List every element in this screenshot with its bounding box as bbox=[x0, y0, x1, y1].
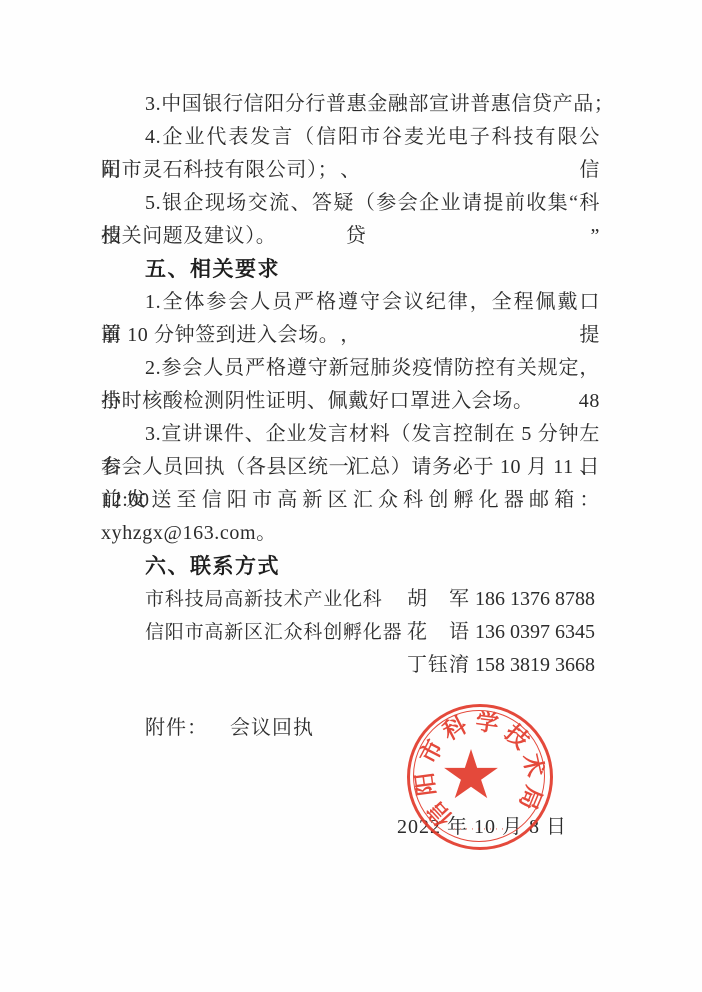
contact-org: 市科技局高新技术产业化科 bbox=[145, 583, 407, 616]
seal-serial-marks: ········· bbox=[440, 824, 520, 834]
seal-char: 局 bbox=[514, 782, 545, 813]
email-address: xyhzgx@163.com。 bbox=[101, 517, 600, 550]
contact-row: 市科技局高新技术产业化科 胡 军 186 1376 8788 bbox=[145, 583, 600, 616]
contact-row: 信阳市高新区汇众科创孵化器 花 语 136 0397 6345 bbox=[145, 616, 600, 649]
seal-char: 科 bbox=[439, 713, 471, 745]
seal-char: 学 bbox=[474, 710, 501, 737]
attachment-label: 附件： bbox=[145, 717, 208, 739]
document-line: 相关问题及建议）。 bbox=[101, 220, 600, 253]
contact-phone: 136 0397 6345 bbox=[475, 616, 595, 649]
attachment-value: 会议回执 bbox=[230, 717, 314, 739]
attachment-note: 附件：会议回执 bbox=[145, 712, 314, 745]
document-line: 前 10 分钟签到进入会场。 bbox=[101, 319, 600, 352]
seal-char: 阳 bbox=[413, 771, 440, 798]
section-heading-requirements: 五、相关要求 bbox=[101, 253, 600, 286]
contact-name: 丁钰淯 bbox=[407, 649, 473, 682]
seal-char: 技 bbox=[500, 720, 534, 754]
contact-org: 信阳市高新区汇众科创孵化器 bbox=[145, 616, 407, 649]
document-line: 阳市灵石科技有限公司）； bbox=[101, 154, 600, 187]
seal-char: 术 bbox=[518, 751, 547, 780]
contact-phone: 158 3819 3668 bbox=[475, 649, 595, 682]
document-line: 小时核酸检测阴性证明、佩戴好口罩进入会场。 bbox=[101, 385, 600, 418]
official-seal: 信 阳 市 科 学 技 术 局 ········· bbox=[407, 704, 553, 850]
document-page: 3.中国银行信阳分行普惠金融部宣讲普惠信贷产品； 4.企业代表发言（信阳市谷麦光… bbox=[0, 0, 702, 992]
contact-name: 花 语 bbox=[407, 616, 473, 649]
contact-row: 丁钰淯 158 3819 3668 bbox=[145, 649, 600, 682]
contact-phone: 186 1376 8788 bbox=[475, 583, 595, 616]
contact-name: 胡 军 bbox=[407, 583, 473, 616]
document-line: 前发送至信阳市高新区汇众科创孵化器邮箱： bbox=[101, 484, 600, 517]
seal-char: 市 bbox=[416, 736, 448, 768]
section-heading-contacts: 六、联系方式 bbox=[101, 550, 600, 583]
document-line: 3.中国银行信阳分行普惠金融部宣讲普惠信贷产品； bbox=[101, 88, 600, 121]
